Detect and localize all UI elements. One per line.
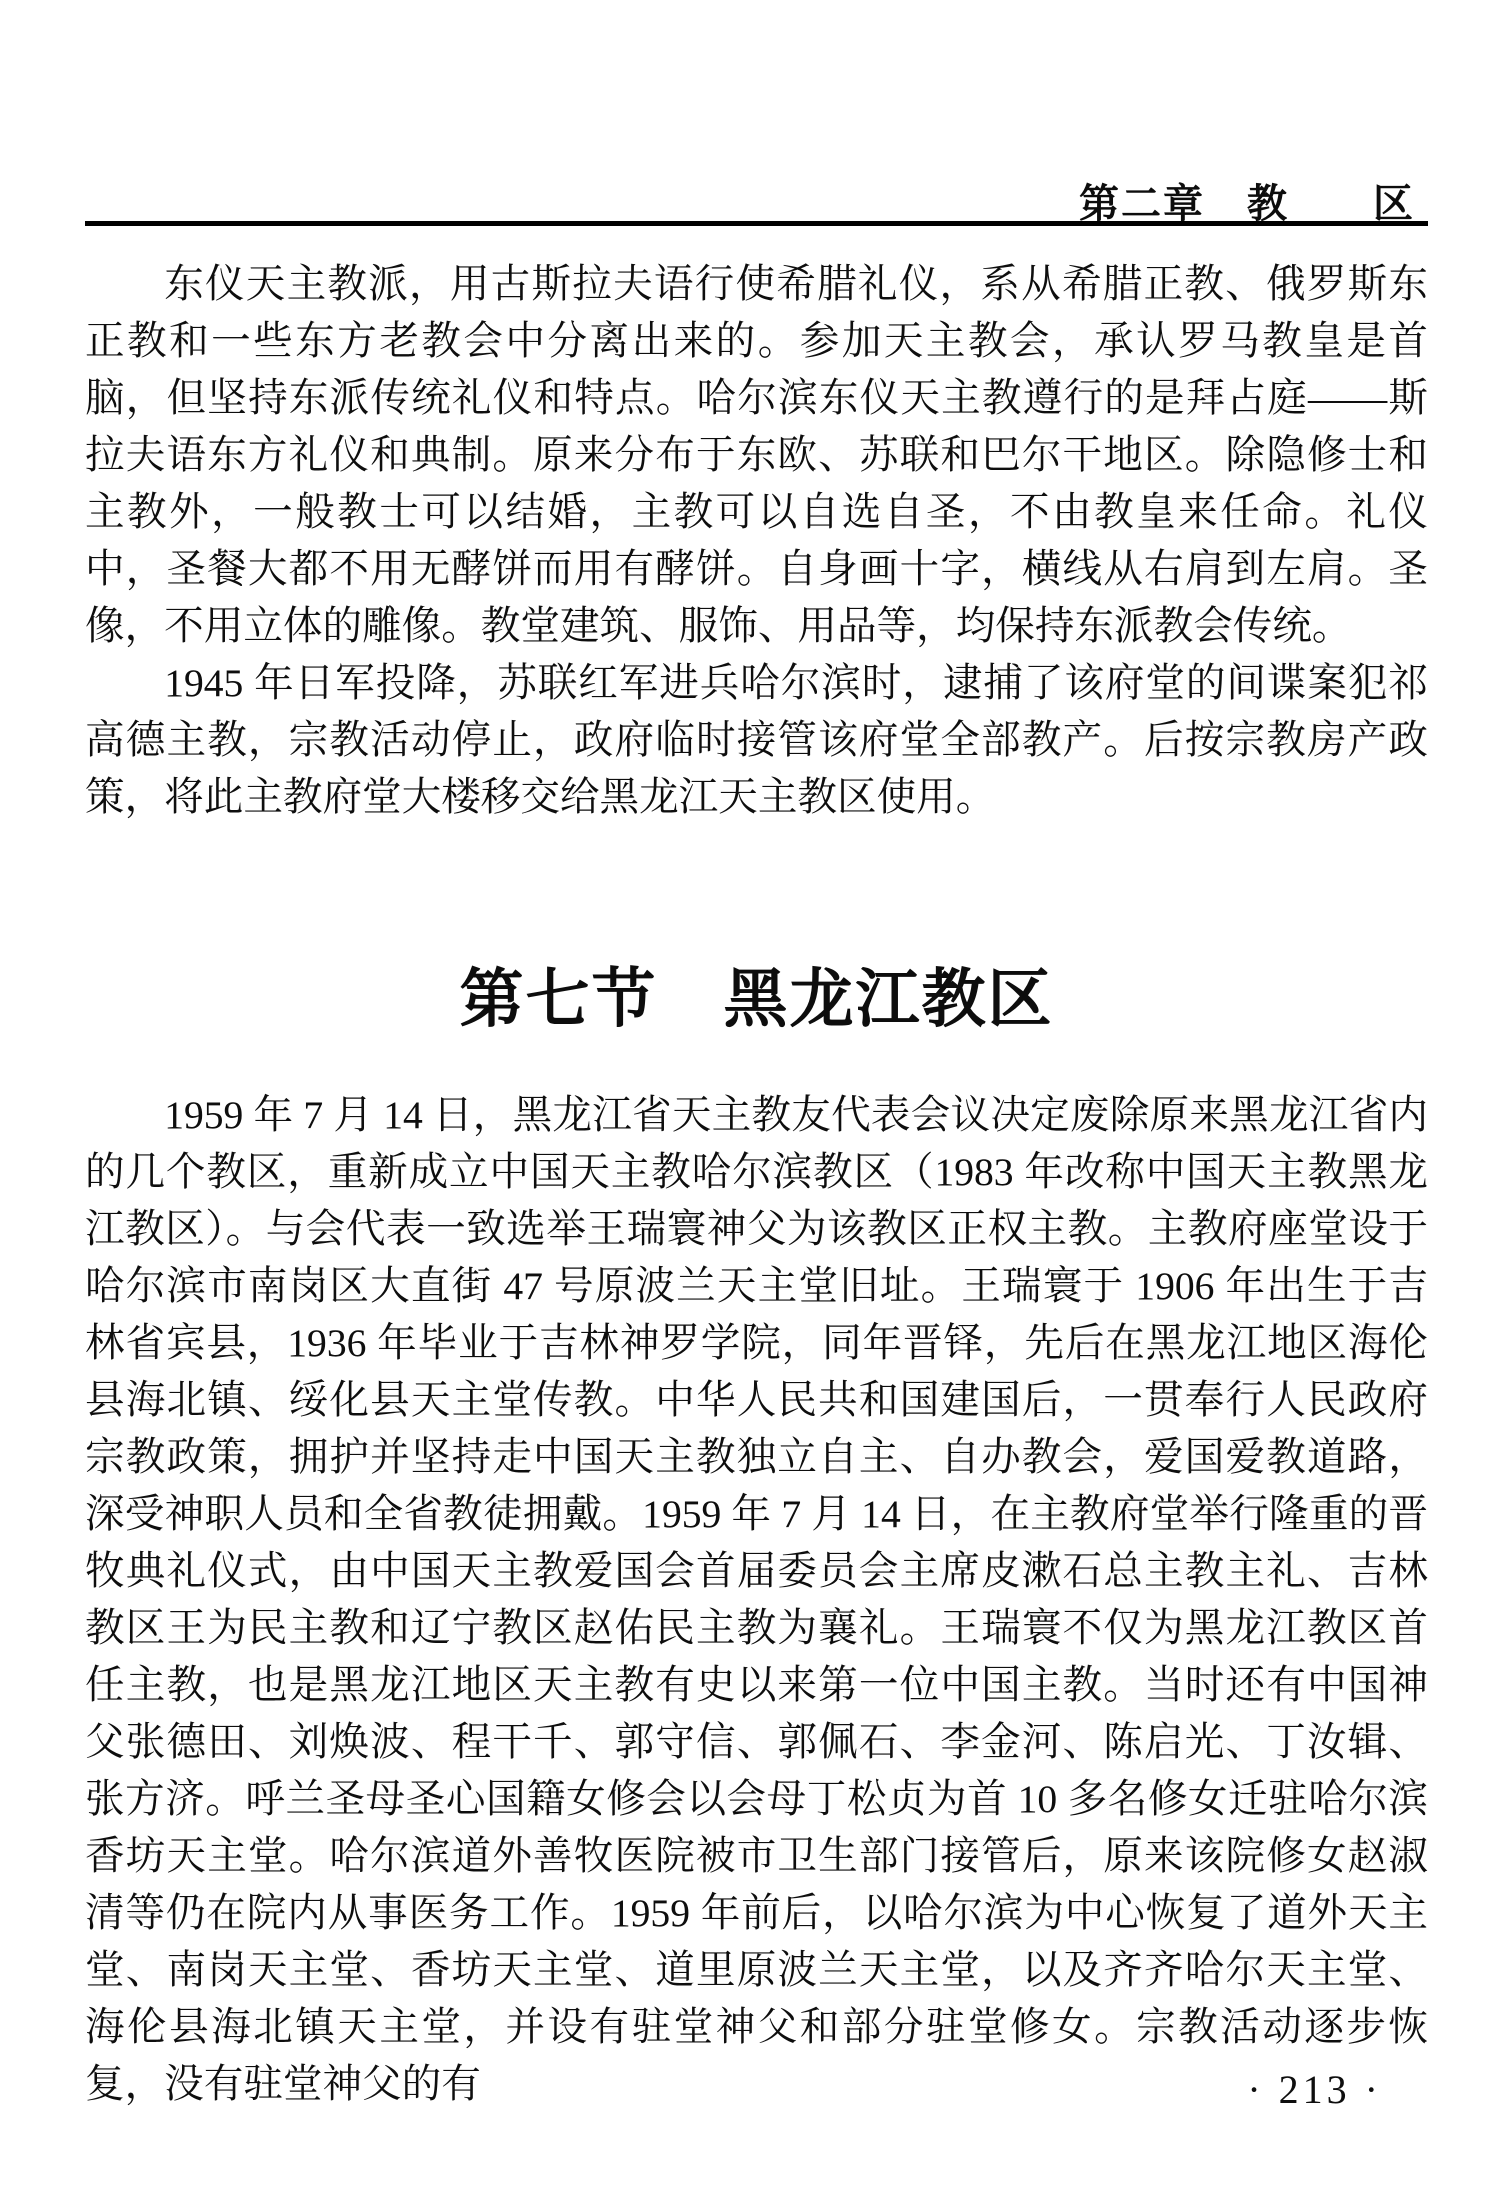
paragraph-1959: 1959 年 7 月 14 日，黑龙江省天主教友代表会议决定废除原来黑龙江省内的… [85,1087,1428,2113]
paragraph-east-rite: 东仪天主教派，用古斯拉夫语行使希腊礼仪，系从希腊正教、俄罗斯东正教和一些东方老教… [85,256,1428,655]
page-number: · 213 · [1247,2066,1382,2113]
text-block: 东仪天主教派，用古斯拉夫语行使希腊礼仪，系从希腊正教、俄罗斯东正教和一些东方老教… [85,256,1428,2113]
section-title: 第七节 黑龙江教区 [85,958,1428,1041]
header-rule [85,221,1428,226]
book-page: 第二章 教 区 东仪天主教派，用古斯拉夫语行使希腊礼仪，系从希腊正教、俄罗斯东正… [0,0,1500,2198]
paragraph-1945: 1945 年日军投降，苏联红军进兵哈尔滨时，逮捕了该府堂的间谍案犯祁高德主教，宗… [85,655,1428,826]
